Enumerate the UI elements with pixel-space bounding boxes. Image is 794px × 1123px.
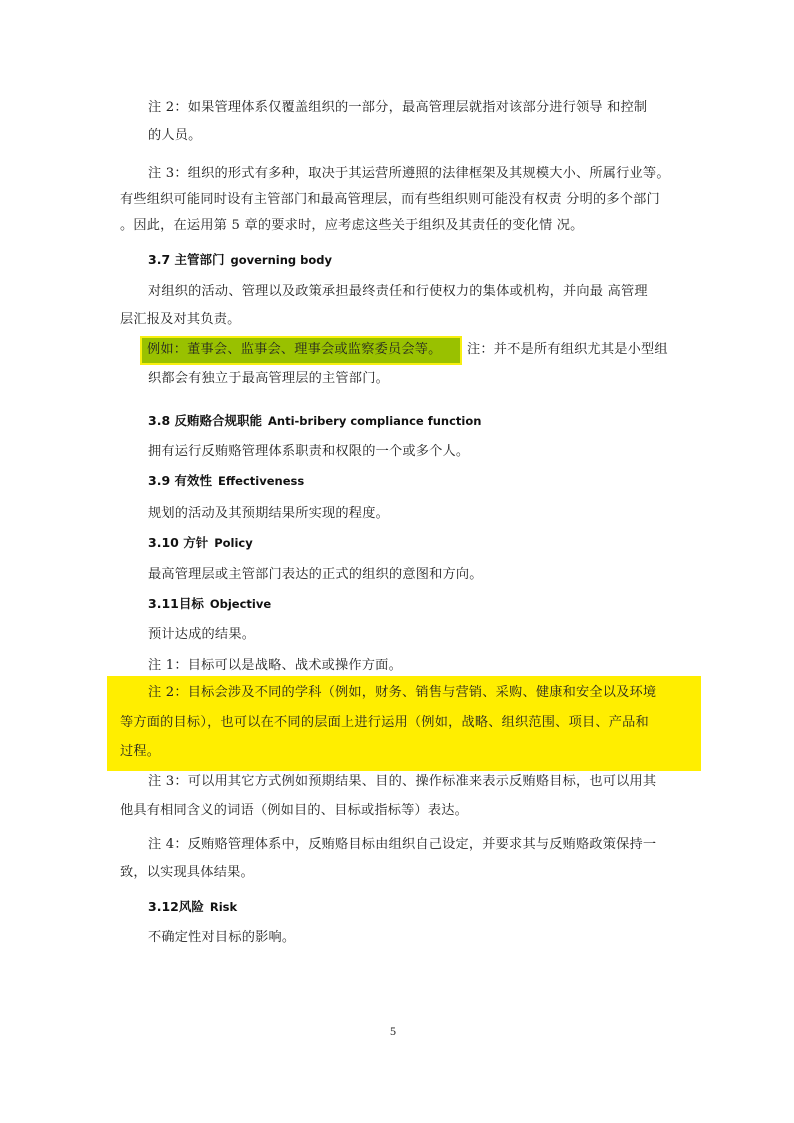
heading-3-10-cn: 3.10 方针 — [148, 535, 208, 550]
heading-3-11-en: Objective — [210, 597, 271, 611]
heading-3-7-en: governing body — [231, 253, 333, 267]
heading-3-7-cn: 3.7 主管部门 — [148, 252, 225, 267]
note3-line3: 。因此，在运用第 5 章的要求时，应考虑这些关于组织及其责任的变化情 况。 — [120, 217, 584, 235]
definition-3-12: 不确定性对目标的影响。 — [148, 929, 295, 947]
heading-3-12-cn: 3.12风险 — [148, 899, 204, 914]
definition-3-8: 拥有运行反贿赂管理体系职责和权限的一个或多个人。 — [148, 443, 469, 461]
note4-3-11-line2: 致，以实现具体结果。 — [120, 864, 254, 882]
heading-3-10-en: Policy — [214, 536, 253, 550]
heading-3-10: 3.10 方针Policy — [148, 534, 253, 552]
heading-3-11-cn: 3.11目标 — [148, 596, 204, 611]
heading-3-7: 3.7 主管部门governing body — [148, 251, 332, 269]
heading-3-8: 3.8 反贿赂合规职能Anti-bribery compliance funct… — [148, 412, 481, 430]
definition-3-7-line1: 对组织的活动、管理以及政策承担最终责任和行使权力的集体或机构，并向最 高管理 — [148, 283, 648, 301]
note4-3-11-line1: 注 4：反贿赂管理体系中，反贿赂目标由组织自己设定，并要求其与反贿赂政策保持一 — [148, 836, 656, 854]
heading-3-9-cn: 3.9 有效性 — [148, 473, 212, 488]
heading-3-12: 3.12风险Risk — [148, 898, 237, 916]
heading-3-8-cn: 3.8 反贿赂合规职能 — [148, 413, 262, 428]
definition-3-11: 预计达成的结果。 — [148, 626, 255, 644]
note-continuation-3-7: 织都会有独立于最高管理层的主管部门。 — [148, 370, 389, 388]
document-page: 注 2：如果管理体系仅覆盖组织的一部分，最高管理层就指对该部分进行领导 和控制 … — [0, 0, 794, 1123]
note3-3-11-line2: 他具有相同含义的词语（例如目的、目标或指标等）表达。 — [120, 802, 468, 820]
heading-3-9-en: Effectiveness — [218, 474, 304, 488]
note1-3-11: 注 1：目标可以是战略、战术或操作方面。 — [148, 657, 402, 675]
heading-3-11: 3.11目标Objective — [148, 595, 271, 613]
heading-3-12-en: Risk — [210, 900, 237, 914]
note3-line2: 有些组织可能同时设有主管部门和最高管理层，而有些组织则可能没有权责 分明的多个部… — [120, 191, 660, 209]
note-after-highlight: 注：并不是所有组织尤其是小型组 — [467, 341, 668, 359]
note2-line1: 注 2：如果管理体系仅覆盖组织的一部分，最高管理层就指对该部分进行领导 和控制 — [148, 99, 647, 117]
definition-3-9: 规划的活动及其预期结果所实现的程度。 — [148, 505, 389, 523]
note3-line1: 注 3：组织的形式有多种，取决于其运营所遵照的法律框架及其规模大小、所属行业等。 — [148, 165, 670, 183]
heading-3-9: 3.9 有效性Effectiveness — [148, 472, 304, 490]
heading-3-8-en: Anti-bribery compliance function — [268, 414, 481, 428]
definition-3-10: 最高管理层或主管部门表达的正式的组织的意图和方向。 — [148, 566, 483, 584]
page-number: 5 — [390, 1024, 396, 1039]
definition-3-7-line2: 层汇报及对其负责。 — [120, 311, 241, 329]
note3-3-11-line1: 注 3：可以用其它方式例如预期结果、目的、操作标准来表示反贿赂目标，也可以用其 — [148, 773, 656, 791]
note2-3-11-line3: 过程。 — [120, 743, 160, 761]
note2-line2: 的人员。 — [148, 127, 202, 145]
note2-3-11-line2: 等方面的目标），也可以在不同的层面上进行运用（例如，战略、组织范围、项目、产品和 — [120, 714, 649, 732]
note2-3-11-line1: 注 2：目标会涉及不同的学科（例如，财务、销售与营销、采购、健康和安全以及环境 — [148, 684, 656, 702]
highlighted-example-text: 例如：董事会、监事会、理事会或监察委员会等。 — [147, 341, 442, 359]
